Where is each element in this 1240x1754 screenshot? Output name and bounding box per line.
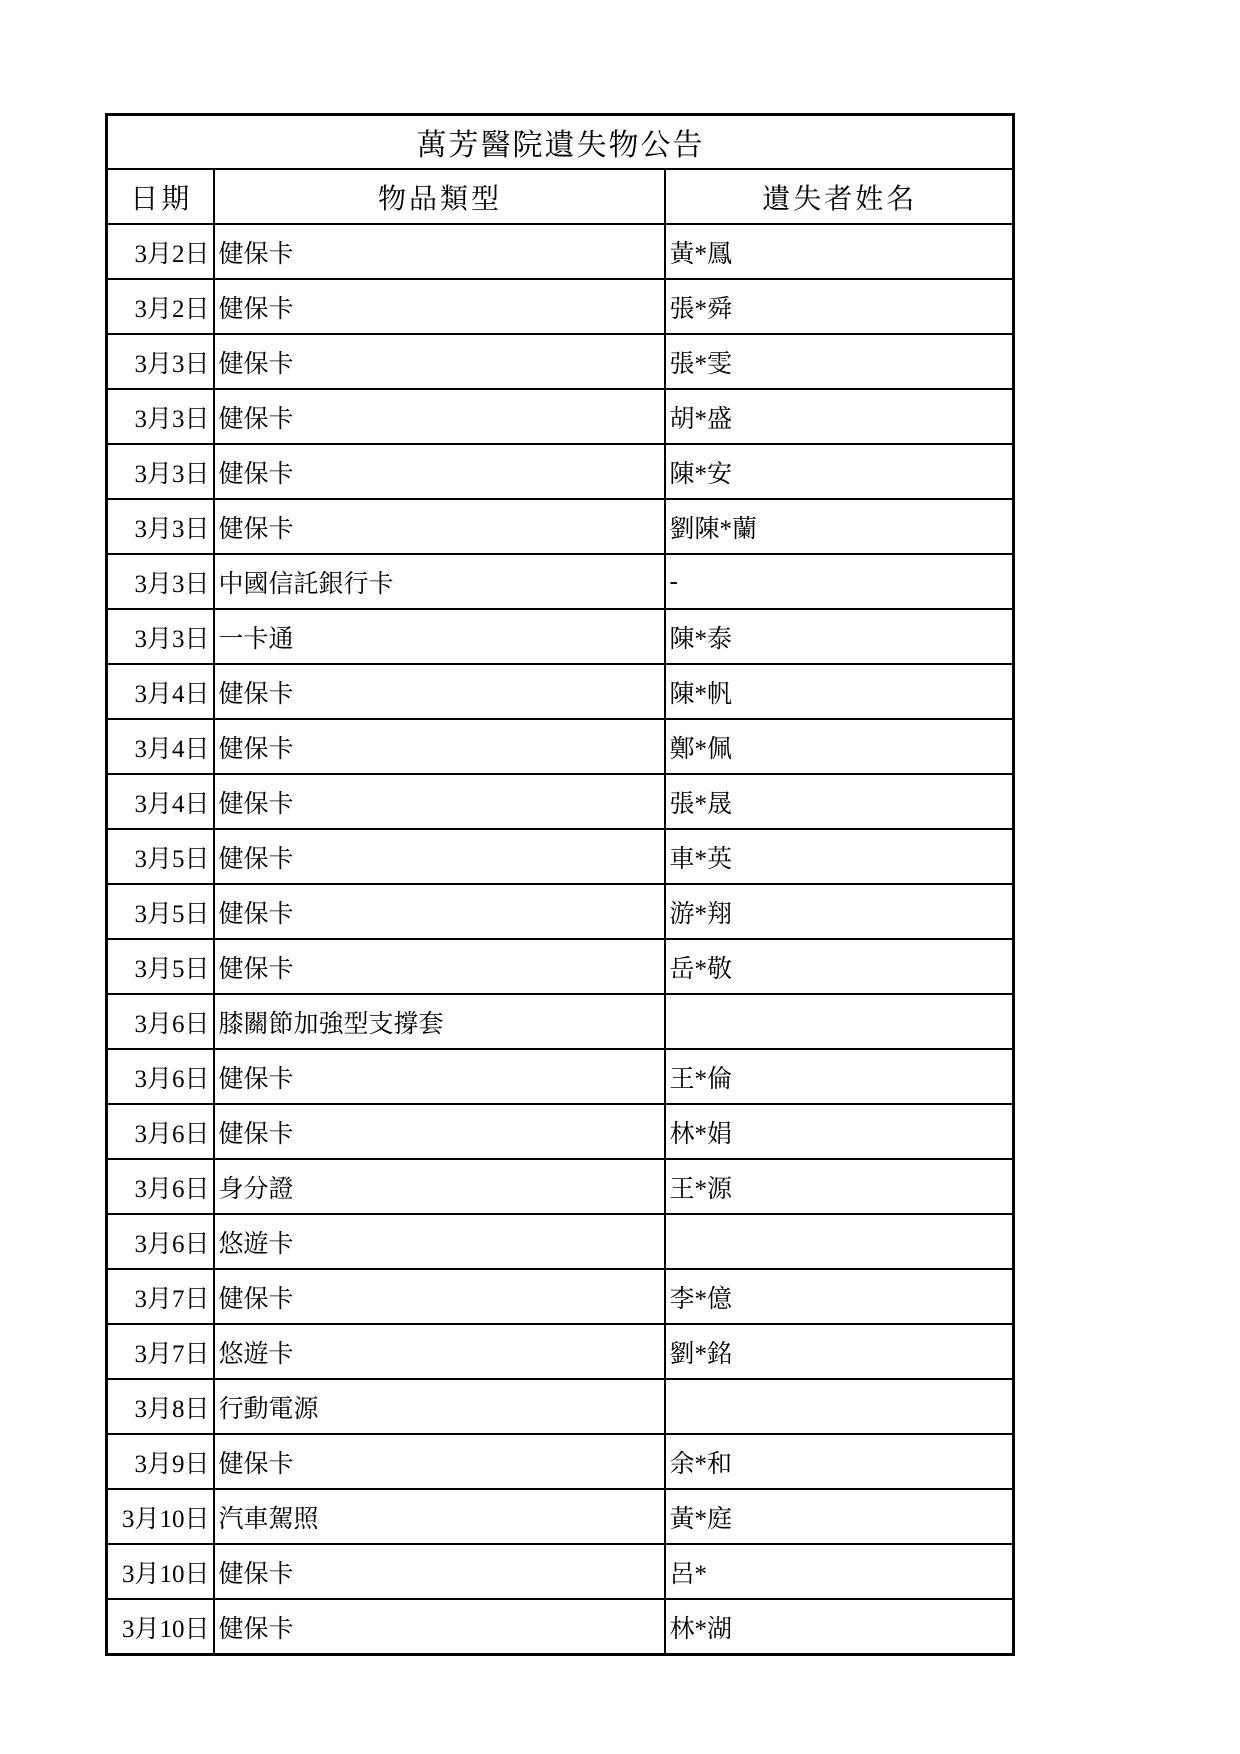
cell-item: 健保卡 — [214, 829, 665, 884]
table-row: 3月10日健保卡林*湖 — [107, 1599, 1014, 1655]
cell-item: 健保卡 — [214, 279, 665, 334]
table-row: 3月6日身分證王*源 — [107, 1159, 1014, 1214]
cell-item: 悠遊卡 — [214, 1214, 665, 1269]
cell-item: 汽車駕照 — [214, 1489, 665, 1544]
cell-item: 健保卡 — [214, 389, 665, 444]
cell-date: 3月6日 — [107, 1049, 214, 1104]
table-row: 3月3日健保卡胡*盛 — [107, 389, 1014, 444]
cell-name: 胡*盛 — [665, 389, 1014, 444]
cell-item: 健保卡 — [214, 224, 665, 279]
cell-date: 3月2日 — [107, 224, 214, 279]
cell-date: 3月9日 — [107, 1434, 214, 1489]
cell-date: 3月2日 — [107, 279, 214, 334]
cell-item: 行動電源 — [214, 1379, 665, 1434]
lost-items-table: 萬芳醫院遺失物公告 日期 物品類型 遺失者姓名 3月2日健保卡黃*鳳3月2日健保… — [105, 113, 1015, 1656]
table-row: 3月5日健保卡岳*敬 — [107, 939, 1014, 994]
cell-date: 3月6日 — [107, 1159, 214, 1214]
cell-name: 李*億 — [665, 1269, 1014, 1324]
cell-name: 游*翔 — [665, 884, 1014, 939]
cell-item: 健保卡 — [214, 1599, 665, 1655]
table-row: 3月6日膝關節加強型支撐套 — [107, 994, 1014, 1049]
cell-name: 黃*庭 — [665, 1489, 1014, 1544]
document-page: 萬芳醫院遺失物公告 日期 物品類型 遺失者姓名 3月2日健保卡黃*鳳3月2日健保… — [0, 0, 1240, 1754]
table-row: 3月2日健保卡張*舜 — [107, 279, 1014, 334]
cell-date: 3月5日 — [107, 884, 214, 939]
cell-name: 王*倫 — [665, 1049, 1014, 1104]
cell-item: 健保卡 — [214, 719, 665, 774]
cell-item: 健保卡 — [214, 1269, 665, 1324]
cell-date: 3月4日 — [107, 774, 214, 829]
cell-item: 健保卡 — [214, 884, 665, 939]
cell-item: 悠遊卡 — [214, 1324, 665, 1379]
table-row: 3月7日悠遊卡劉*銘 — [107, 1324, 1014, 1379]
cell-name: 陳*帆 — [665, 664, 1014, 719]
column-header-loser-name: 遺失者姓名 — [665, 169, 1014, 224]
cell-name: 黃*鳳 — [665, 224, 1014, 279]
cell-date: 3月4日 — [107, 664, 214, 719]
cell-item: 健保卡 — [214, 444, 665, 499]
cell-item: 健保卡 — [214, 1049, 665, 1104]
cell-name: 余*和 — [665, 1434, 1014, 1489]
cell-name: 張*舜 — [665, 279, 1014, 334]
cell-name: 劉*銘 — [665, 1324, 1014, 1379]
cell-item: 身分證 — [214, 1159, 665, 1214]
table-row: 3月7日健保卡李*億 — [107, 1269, 1014, 1324]
column-header-item-type: 物品類型 — [214, 169, 665, 224]
cell-date: 3月5日 — [107, 829, 214, 884]
table-body: 3月2日健保卡黃*鳳3月2日健保卡張*舜3月3日健保卡張*雯3月3日健保卡胡*盛… — [107, 224, 1014, 1655]
table-row: 3月8日行動電源 — [107, 1379, 1014, 1434]
cell-name: 岳*敬 — [665, 939, 1014, 994]
cell-name: 張*雯 — [665, 334, 1014, 389]
table-row: 3月10日汽車駕照黃*庭 — [107, 1489, 1014, 1544]
header-row: 日期 物品類型 遺失者姓名 — [107, 169, 1014, 224]
cell-name: 林*娟 — [665, 1104, 1014, 1159]
cell-item: 一卡通 — [214, 609, 665, 664]
cell-item: 健保卡 — [214, 1104, 665, 1159]
cell-date: 3月10日 — [107, 1599, 214, 1655]
table-title: 萬芳醫院遺失物公告 — [107, 115, 1014, 170]
table-row: 3月4日健保卡鄭*佩 — [107, 719, 1014, 774]
table-row: 3月4日健保卡陳*帆 — [107, 664, 1014, 719]
cell-date: 3月4日 — [107, 719, 214, 774]
cell-item: 健保卡 — [214, 774, 665, 829]
cell-item: 健保卡 — [214, 664, 665, 719]
cell-item: 健保卡 — [214, 499, 665, 554]
table-row: 3月3日健保卡陳*安 — [107, 444, 1014, 499]
title-row: 萬芳醫院遺失物公告 — [107, 115, 1014, 170]
column-header-date: 日期 — [107, 169, 214, 224]
cell-name: 呂* — [665, 1544, 1014, 1599]
cell-item: 膝關節加強型支撐套 — [214, 994, 665, 1049]
cell-date: 3月8日 — [107, 1379, 214, 1434]
cell-name: 林*湖 — [665, 1599, 1014, 1655]
cell-date: 3月3日 — [107, 444, 214, 499]
cell-name: 王*源 — [665, 1159, 1014, 1214]
cell-date: 3月3日 — [107, 334, 214, 389]
cell-name — [665, 1379, 1014, 1434]
cell-date: 3月6日 — [107, 1214, 214, 1269]
cell-item: 健保卡 — [214, 939, 665, 994]
table-row: 3月5日健保卡車*英 — [107, 829, 1014, 884]
table-row: 3月3日中國信託銀行卡- — [107, 554, 1014, 609]
cell-name — [665, 1214, 1014, 1269]
cell-name: - — [665, 554, 1014, 609]
table-row: 3月5日健保卡游*翔 — [107, 884, 1014, 939]
cell-date: 3月10日 — [107, 1489, 214, 1544]
table-row: 3月3日健保卡劉陳*蘭 — [107, 499, 1014, 554]
cell-date: 3月3日 — [107, 554, 214, 609]
cell-name: 鄭*佩 — [665, 719, 1014, 774]
cell-name — [665, 994, 1014, 1049]
cell-date: 3月5日 — [107, 939, 214, 994]
cell-item: 健保卡 — [214, 334, 665, 389]
table-row: 3月10日健保卡呂* — [107, 1544, 1014, 1599]
table-row: 3月9日健保卡余*和 — [107, 1434, 1014, 1489]
table-row: 3月3日健保卡張*雯 — [107, 334, 1014, 389]
cell-date: 3月6日 — [107, 1104, 214, 1159]
table-row: 3月2日健保卡黃*鳳 — [107, 224, 1014, 279]
table-row: 3月6日悠遊卡 — [107, 1214, 1014, 1269]
cell-item: 中國信託銀行卡 — [214, 554, 665, 609]
table-row: 3月6日健保卡王*倫 — [107, 1049, 1014, 1104]
cell-date: 3月3日 — [107, 609, 214, 664]
cell-item: 健保卡 — [214, 1434, 665, 1489]
cell-date: 3月10日 — [107, 1544, 214, 1599]
cell-date: 3月3日 — [107, 389, 214, 444]
cell-item: 健保卡 — [214, 1544, 665, 1599]
table-row: 3月3日一卡通陳*泰 — [107, 609, 1014, 664]
cell-name: 車*英 — [665, 829, 1014, 884]
cell-date: 3月3日 — [107, 499, 214, 554]
table-row: 3月6日健保卡林*娟 — [107, 1104, 1014, 1159]
cell-date: 3月7日 — [107, 1269, 214, 1324]
cell-name: 張*晟 — [665, 774, 1014, 829]
cell-date: 3月6日 — [107, 994, 214, 1049]
cell-date: 3月7日 — [107, 1324, 214, 1379]
cell-name: 劉陳*蘭 — [665, 499, 1014, 554]
cell-name: 陳*泰 — [665, 609, 1014, 664]
table-head: 萬芳醫院遺失物公告 日期 物品類型 遺失者姓名 — [107, 115, 1014, 225]
cell-name: 陳*安 — [665, 444, 1014, 499]
table-row: 3月4日健保卡張*晟 — [107, 774, 1014, 829]
